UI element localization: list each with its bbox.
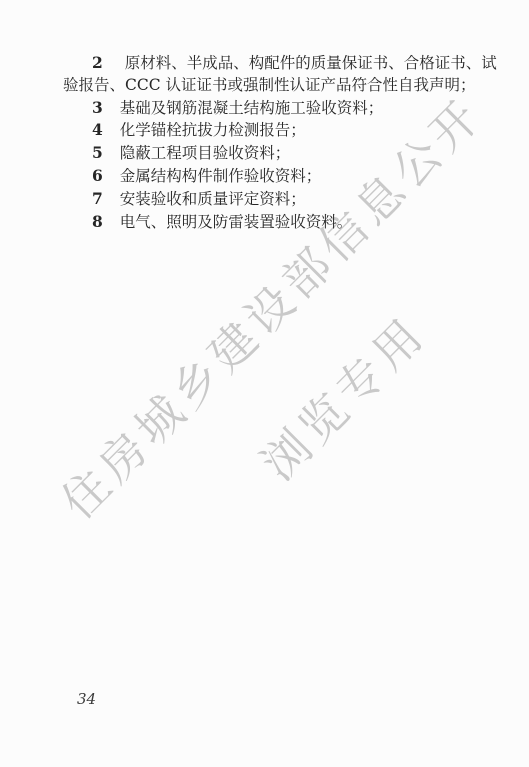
item-2-text-part-1: 原材料、半成品、构配件的质量保证书、合格证书、试: [125, 54, 497, 72]
list-item-5: 5隐蔽工程项目验收资料；: [63, 142, 467, 165]
page-number: 34: [77, 690, 96, 708]
item-6-text: 金属结构构件制作验收资料；: [120, 167, 322, 185]
item-7-text: 安装验收和质量评定资料；: [120, 190, 306, 208]
item-3-number: 3: [92, 98, 103, 117]
list-item-2-line-1: 2原材料、半成品、构配件的质量保证书、合格证书、试: [63, 52, 467, 75]
item-2-text-part-2: 验报告、CCC 认证证书或强制性认证产品符合性自我声明；: [63, 76, 476, 94]
item-3-text: 基础及钢筋混凝土结构施工验收资料；: [120, 99, 384, 117]
item-4-number: 4: [92, 120, 103, 139]
item-8-text: 电气、照明及防雷装置验收资料。: [120, 213, 353, 231]
body-text-block: 2原材料、半成品、构配件的质量保证书、合格证书、试 验报告、CCC 认证证书或强…: [63, 52, 467, 233]
item-8-number: 8: [92, 212, 103, 231]
item-7-number: 7: [92, 189, 103, 208]
document-page: 住房城乡建设部信息公开 浏览专用 2原材料、半成品、构配件的质量保证书、合格证书…: [0, 0, 529, 767]
item-5-text: 隐蔽工程项目验收资料；: [120, 144, 291, 162]
list-item-7: 7安装验收和质量评定资料；: [63, 188, 467, 211]
item-2-number: 2: [92, 53, 103, 72]
list-item-8: 8电气、照明及防雷装置验收资料。: [63, 211, 467, 234]
list-item-6: 6金属结构构件制作验收资料；: [63, 165, 467, 188]
item-6-number: 6: [92, 166, 103, 185]
list-item-4: 4化学锚栓抗拔力检测报告；: [63, 119, 467, 142]
list-item-3: 3基础及钢筋混凝土结构施工验收资料；: [63, 97, 467, 120]
list-item-2-line-2: 验报告、CCC 认证证书或强制性认证产品符合性自我声明；: [63, 75, 467, 97]
item-5-number: 5: [92, 143, 103, 162]
item-4-text: 化学锚栓抗拔力检测报告；: [120, 121, 306, 139]
